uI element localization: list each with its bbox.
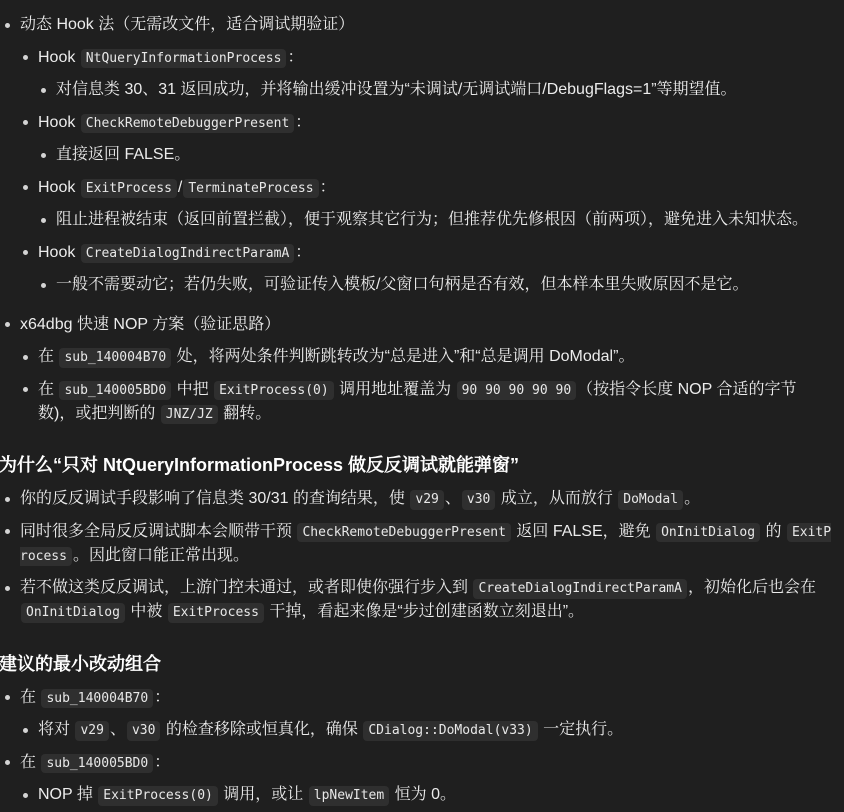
- inline-code: NtQueryInformationProcess: [81, 49, 287, 69]
- list-item-text: 你的反反调试手段影响了信息类 30/31 的查询结果，使 v29、v30 成立，…: [20, 487, 832, 511]
- bullet-dot-icon: [5, 23, 10, 28]
- list-item-text: 在 sub_140005BD0：: [20, 751, 832, 775]
- inline-code: 90 90 90 90 90: [457, 381, 577, 401]
- bullet-dot-icon: [5, 695, 10, 700]
- bullet-dot-icon: [23, 55, 28, 60]
- inline-code: ExitProcess: [168, 603, 264, 623]
- list-item: Hook NtQueryInformationProcess：: [4, 42, 832, 75]
- list-item: 在 sub_140005BD0：: [4, 747, 832, 780]
- text-segment: x64dbg 快速 NOP 方案（验证思路）: [20, 316, 280, 333]
- inline-code: v30: [462, 490, 495, 510]
- inline-code: CheckRemoteDebuggerPresent: [297, 523, 511, 543]
- text-segment: 一般不需要动它；若仍失败，可验证传入模板/父窗口句柄是否有效，但本样本里失败原因…: [56, 276, 748, 293]
- text-segment: 在: [20, 689, 40, 706]
- text-segment: ：: [154, 689, 170, 706]
- list-item: Hook CreateDialogIndirectParamA：: [4, 237, 832, 270]
- text-segment: NOP 掉: [38, 786, 97, 803]
- list-item: 阻止进程被结束（返回前置拦截），便于观察其它行为；但推荐优先修根因（前两项），避…: [4, 204, 832, 237]
- text-segment: 调用地址覆盖为: [335, 381, 456, 398]
- text-segment: 成立，从而放行: [496, 490, 617, 507]
- bullet-icon: [4, 487, 20, 502]
- text-segment: 同时很多全局反反调试脚本会顺带干预: [20, 523, 296, 540]
- list-item: 一般不需要动它；若仍失败，可验证传入模板/父窗口句柄是否有效，但本样本里失败原因…: [4, 269, 832, 302]
- list-item-text: 阻止进程被结束（返回前置拦截），便于观察其它行为；但推荐优先修根因（前两项），避…: [56, 208, 832, 232]
- list-item-text: 对信息类 30、31 返回成功，并将输出缓冲设置为“未调试/无调试端口/Debu…: [56, 78, 832, 102]
- list-item-text: 直接返回 FALSE。: [56, 143, 832, 167]
- text-segment: Hook: [38, 179, 80, 196]
- list-item: 你的反反调试手段影响了信息类 30/31 的查询结果，使 v29、v30 成立，…: [4, 483, 832, 516]
- list-item: 将对 v29、v30 的检查移除或恒真化，确保 CDialog::DoModal…: [4, 714, 832, 747]
- list-item-text: 在 sub_140005BD0 中把 ExitProcess(0) 调用地址覆盖…: [38, 378, 832, 426]
- inline-code: ExitProcess(0): [214, 381, 334, 401]
- bullet-icon: [40, 273, 56, 288]
- bullet-dot-icon: [41, 153, 46, 158]
- bullet-dot-icon: [5, 760, 10, 765]
- inline-code: sub_140005BD0: [59, 381, 171, 401]
- bullet-icon: [40, 143, 56, 158]
- list-item: 动态 Hook 法（无需改文件，适合调试期验证）: [4, 9, 832, 42]
- inline-code: v29: [410, 490, 443, 510]
- text-segment: 。因此窗口能正常出现。: [73, 547, 249, 564]
- text-segment: Hook: [38, 114, 80, 131]
- bullet-icon: [22, 718, 38, 733]
- inline-code: sub_140004B70: [41, 689, 153, 709]
- inline-code: CreateDialogIndirectParamA: [81, 244, 295, 264]
- text-segment: ：: [320, 179, 336, 196]
- text-segment: Hook: [38, 49, 80, 66]
- inline-code: TerminateProcess: [183, 179, 318, 199]
- list-item-text: 动态 Hook 法（无需改文件，适合调试期验证）: [20, 13, 832, 37]
- list-item: 在 sub_140005BD0 中把 ExitProcess(0) 调用地址覆盖…: [4, 374, 832, 431]
- section-heading: 建议的最小改动组合: [0, 651, 832, 677]
- bullet-dot-icon: [5, 586, 10, 591]
- inline-code: CreateDialogIndirectParamA: [473, 579, 687, 599]
- text-segment: 调用，或让: [219, 786, 308, 803]
- list-item-text: Hook CheckRemoteDebuggerPresent：: [38, 111, 832, 135]
- bullet-icon: [22, 783, 38, 798]
- text-segment: 对信息类 30、31 返回成功，并将输出缓冲设置为“未调试/无调试端口/Debu…: [56, 81, 737, 98]
- bullet-icon: [40, 208, 56, 223]
- text-segment: 中把: [172, 381, 213, 398]
- list-item: 同时很多全局反反调试脚本会顺带干预 CheckRemoteDebuggerPre…: [4, 516, 832, 573]
- text-segment: 直接返回 FALSE。: [56, 146, 190, 163]
- text-segment: ：: [295, 114, 311, 131]
- bullet-dot-icon: [5, 529, 10, 534]
- list-item-text: 若不做这类反反调试，上游门控未通过，或者即使你强行步入到 CreateDialo…: [20, 576, 832, 624]
- text-segment: 、: [110, 721, 126, 738]
- text-segment: 在: [38, 381, 58, 398]
- bullet-dot-icon: [23, 793, 28, 798]
- inline-code: ExitProcess: [81, 179, 177, 199]
- bullet-icon: [4, 13, 20, 28]
- bullet-icon: [22, 176, 38, 191]
- list-item: 在 sub_140004B70 处，将两处条件判断跳转改为“总是进入”和“总是调…: [4, 341, 832, 374]
- list-item-text: 一般不需要动它；若仍失败，可验证传入模板/父窗口句柄是否有效，但本样本里失败原因…: [56, 273, 832, 297]
- text-segment: ，初始化后也会在: [688, 579, 816, 596]
- inline-code: DoModal: [618, 490, 683, 510]
- list-item: Hook CheckRemoteDebuggerPresent：: [4, 107, 832, 140]
- list-item: Hook ExitProcess/TerminateProcess：: [4, 172, 832, 205]
- list-item-text: 在 sub_140004B70 处，将两处条件判断跳转改为“总是进入”和“总是调…: [38, 345, 832, 369]
- list-item-text: Hook NtQueryInformationProcess：: [38, 46, 832, 70]
- inline-code: JNZ/JZ: [161, 405, 218, 425]
- text-segment: 恒为 0。: [390, 786, 456, 803]
- text-segment: 翻转。: [219, 405, 271, 422]
- inline-code: v29: [75, 721, 108, 741]
- text-segment: 在: [20, 754, 40, 771]
- bullet-dot-icon: [23, 250, 28, 255]
- inline-code: lpNewItem: [309, 786, 389, 806]
- text-segment: 处，将两处条件判断跳转改为“总是进入”和“总是调用 DoModal”。: [172, 348, 634, 365]
- list-item: NOP 掉 ExitProcess(0) 调用，或让 lpNewItem 恒为 …: [4, 779, 832, 812]
- inline-code: CheckRemoteDebuggerPresent: [81, 114, 295, 134]
- inline-code: CDialog::DoModal(v33): [363, 721, 537, 741]
- bullet-dot-icon: [23, 728, 28, 733]
- text-segment: ：: [287, 49, 303, 66]
- bullet-dot-icon: [41, 88, 46, 93]
- list-item-text: 同时很多全局反反调试脚本会顺带干预 CheckRemoteDebuggerPre…: [20, 520, 832, 568]
- inline-code: ExitProcess(0): [98, 786, 218, 806]
- text-segment: 的检查移除或恒真化，确保: [161, 721, 362, 738]
- text-segment: 一定执行。: [539, 721, 623, 738]
- bullet-dot-icon: [41, 283, 46, 288]
- list-item: 在 sub_140004B70：: [4, 682, 832, 715]
- text-segment: 阻止进程被结束（返回前置拦截），便于观察其它行为；但推荐优先修根因（前两项），避…: [56, 211, 808, 228]
- list-item-text: Hook ExitProcess/TerminateProcess：: [38, 176, 832, 200]
- bullet-icon: [4, 313, 20, 328]
- list-item: 若不做这类反反调试，上游门控未通过，或者即使你强行步入到 CreateDialo…: [4, 572, 832, 629]
- text-segment: Hook: [38, 244, 80, 261]
- inline-code: OnInitDialog: [21, 603, 125, 623]
- inline-code: v30: [127, 721, 160, 741]
- list-item: x64dbg 快速 NOP 方案（验证思路）: [4, 302, 832, 342]
- text-segment: /: [178, 179, 182, 196]
- bullet-icon: [22, 345, 38, 360]
- bullet-dot-icon: [23, 185, 28, 190]
- list-item-text: 在 sub_140004B70：: [20, 686, 832, 710]
- text-segment: 返回 FALSE，避免: [512, 523, 655, 540]
- bullet-dot-icon: [23, 387, 28, 392]
- text-segment: 。: [684, 490, 700, 507]
- bullet-dot-icon: [23, 355, 28, 360]
- bullet-icon: [22, 46, 38, 61]
- text-segment: 将对: [38, 721, 74, 738]
- bullet-icon: [22, 111, 38, 126]
- list-item-text: x64dbg 快速 NOP 方案（验证思路）: [20, 313, 832, 337]
- inline-code: sub_140005BD0: [41, 754, 153, 774]
- bullet-dot-icon: [41, 218, 46, 223]
- bullet-icon: [4, 520, 20, 535]
- inline-code: sub_140004B70: [59, 348, 171, 368]
- bullet-icon: [4, 686, 20, 701]
- chat-message-body: 动态 Hook 法（无需改文件，适合调试期验证）Hook NtQueryInfo…: [0, 0, 844, 812]
- list-item: 直接返回 FALSE。: [4, 139, 832, 172]
- list-item-text: 将对 v29、v30 的检查移除或恒真化，确保 CDialog::DoModal…: [38, 718, 832, 742]
- text-segment: ：: [295, 244, 311, 261]
- text-segment: 你的反反调试手段影响了信息类 30/31 的查询结果，使: [20, 490, 409, 507]
- bullet-dot-icon: [23, 120, 28, 125]
- list-item: 对信息类 30、31 返回成功，并将输出缓冲设置为“未调试/无调试端口/Debu…: [4, 74, 832, 107]
- bullet-icon: [4, 576, 20, 591]
- inline-code: OnInitDialog: [656, 523, 760, 543]
- list-item-text: Hook CreateDialogIndirectParamA：: [38, 241, 832, 265]
- text-segment: 、: [445, 490, 461, 507]
- text-segment: 若不做这类反反调试，上游门控未通过，或者即使你强行步入到: [20, 579, 472, 596]
- bullet-icon: [22, 378, 38, 393]
- text-segment: ：: [154, 754, 170, 771]
- section-heading: 为什么“只对 NtQueryInformationProcess 做反反调试就能…: [0, 452, 832, 478]
- bullet-icon: [22, 241, 38, 256]
- text-segment: 的: [761, 523, 786, 540]
- text-segment: 干掉，看起来像是“步过创建函数立刻退出”。: [265, 603, 584, 620]
- bullet-icon: [4, 751, 20, 766]
- bullet-dot-icon: [5, 497, 10, 502]
- text-segment: 动态 Hook 法（无需改文件，适合调试期验证）: [20, 16, 354, 33]
- list-item-text: NOP 掉 ExitProcess(0) 调用，或让 lpNewItem 恒为 …: [38, 783, 832, 807]
- bullet-dot-icon: [5, 322, 10, 327]
- text-segment: 中被: [126, 603, 167, 620]
- text-segment: 在: [38, 348, 58, 365]
- bullet-icon: [40, 78, 56, 93]
